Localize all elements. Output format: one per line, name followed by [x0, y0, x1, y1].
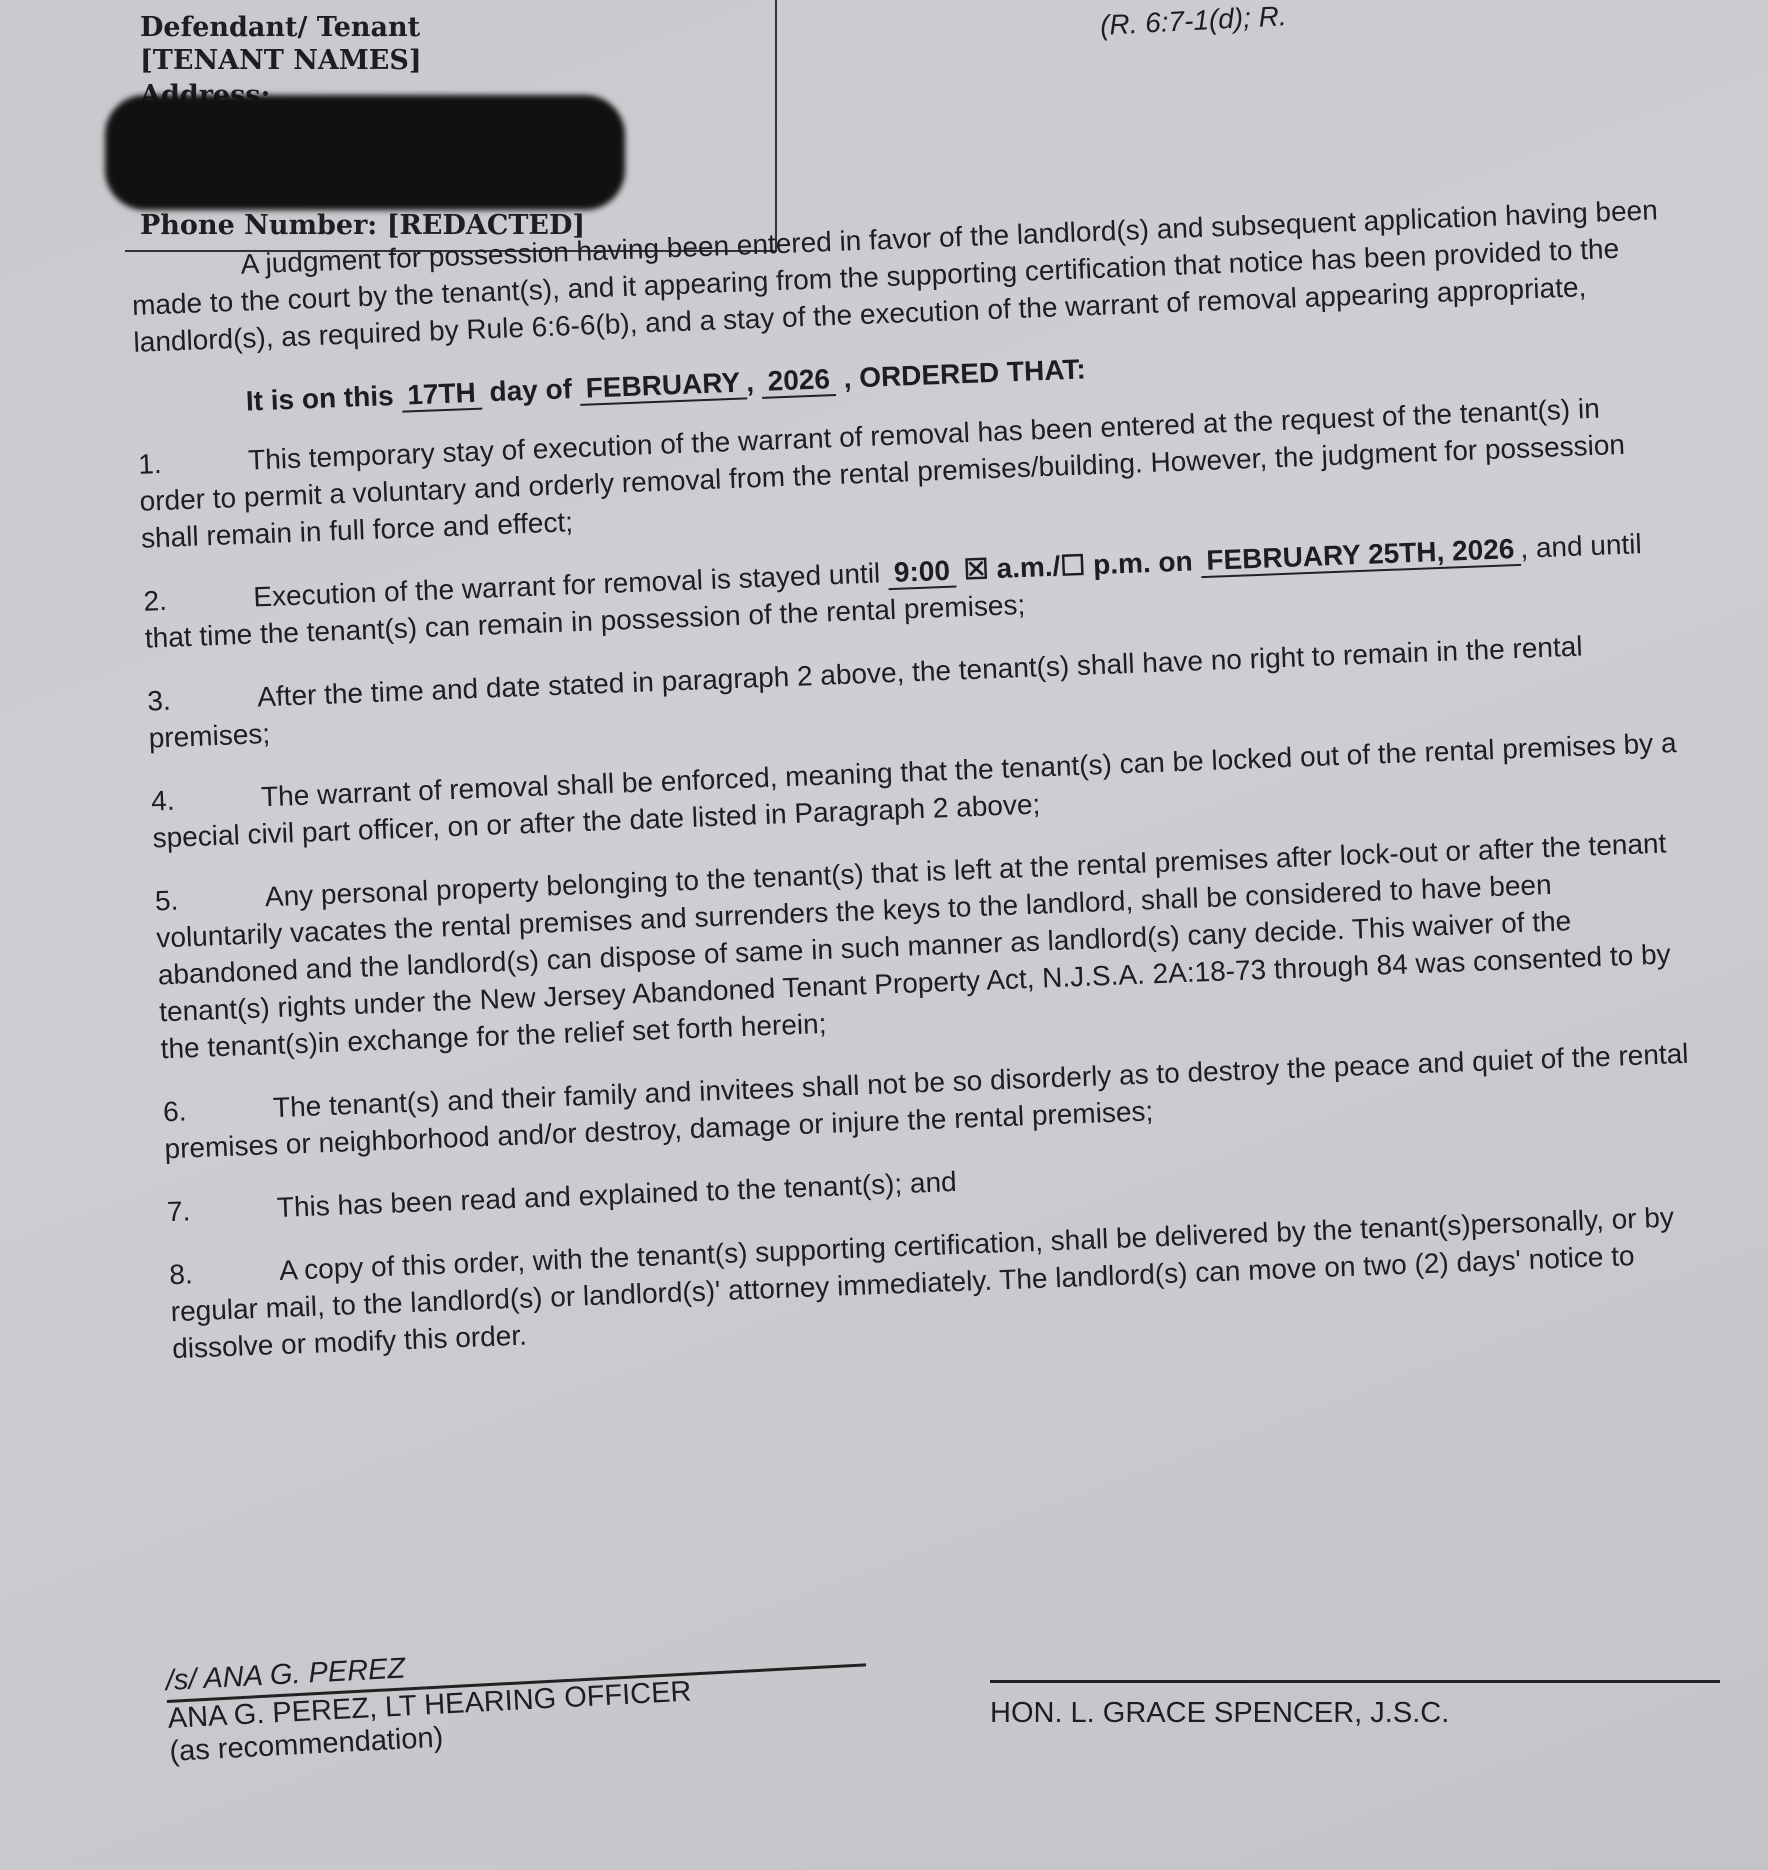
redaction-mark: [105, 95, 625, 210]
order-day: 17TH: [401, 377, 483, 413]
defendant-info-box: Defendant/ Tenant [TENANT NAMES] Address…: [125, 0, 777, 252]
tenant-names: [TENANT NAMES]: [140, 45, 422, 76]
paragraph-8: 8.A copy of this order, with the tenant(…: [169, 1198, 1702, 1368]
court-order-page: Defendant/ Tenant [TENANT NAMES] Address…: [0, 0, 1768, 1870]
order-year: 2026: [761, 363, 837, 399]
stay-date: FEBRUARY 25TH, 2026: [1200, 533, 1521, 578]
signature-line: [990, 1680, 1720, 1683]
rule-citation: (R. 6:7-1(d); R.: [1099, 0, 1287, 42]
stay-time: 9:00: [887, 555, 956, 591]
order-body: A judgment for possession having been en…: [130, 191, 1703, 1393]
paragraph-5: 5.Any personal property belonging to the…: [154, 824, 1690, 1068]
judge-name: HON. L. GRACE SPENCER, J.S.C.: [990, 1697, 1720, 1730]
phone-label: Phone Number:: [140, 210, 377, 241]
defendant-label: Defendant/ Tenant: [140, 12, 420, 43]
hearing-officer-signature: /s/ ANA G. PEREZ ANA G. PEREZ, LT HEARIN…: [165, 1628, 869, 1768]
order-month: FEBRUARY: [579, 366, 747, 405]
judge-signature: HON. L. GRACE SPENCER, J.S.C.: [990, 1680, 1720, 1730]
